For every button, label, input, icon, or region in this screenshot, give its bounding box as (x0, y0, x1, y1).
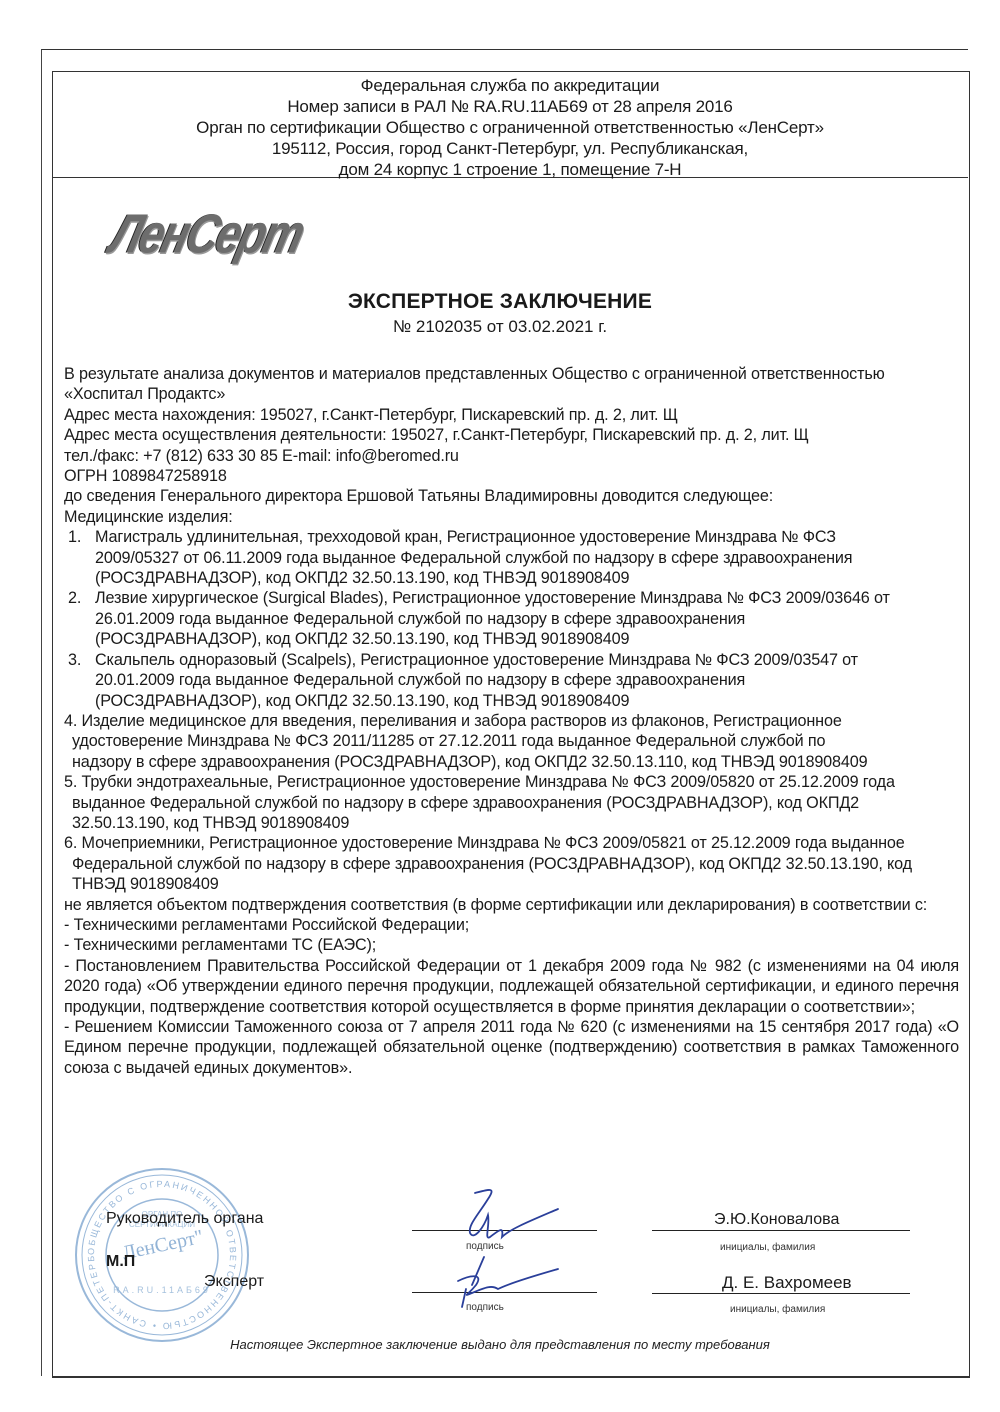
intro-line: В результате анализа документов и матери… (64, 364, 959, 405)
intro-line: тел./факс: +7 (812) 633 30 85 E-mail: in… (64, 446, 959, 466)
name-caption: инициалы, фамилия (730, 1304, 825, 1315)
intro-line: Адрес места осуществления деятельности: … (64, 425, 959, 445)
header-line: 195112, Россия, город Санкт-Петербург, у… (52, 138, 968, 159)
svg-text:RA.RU.11АБ69: RA.RU.11АБ69 (113, 1285, 211, 1295)
basis-item: - Техническими регламентами Российской Ф… (64, 915, 959, 935)
list-item: 3. Скальпель одноразовый (Scalpels), Рег… (64, 650, 959, 711)
list-item: 4. Изделие медицинское для введения, пер… (64, 711, 959, 772)
lencert-logo: ЛенСерт (104, 204, 309, 267)
intro-line: Медицинские изделия: (64, 507, 959, 527)
document-body: В результате анализа документов и матери… (64, 364, 959, 1078)
footer-note: Настоящее Экспертное заключение выдано д… (0, 1337, 1000, 1352)
lencert-seal-stamp: ОБЩЕСТВО С ОГРАНИЧЕННОЙ ОТВЕТСТВЕННОСТЬЮ… (72, 1165, 252, 1345)
header-line: Орган по сертификации Общество с огранич… (52, 117, 968, 138)
list-item-number: 2. (68, 588, 81, 608)
list-item-number: 1. (68, 527, 81, 547)
basis-item: - Постановлением Правительства Российско… (64, 956, 959, 1017)
header-line: дом 24 корпус 1 строение 1, помещение 7-… (52, 159, 968, 180)
basis-item: - Решением Комиссии Таможенного союза от… (64, 1017, 959, 1078)
list-item: 1. Магистраль удлинительная, трехходовой… (64, 527, 959, 588)
name-caption: инициалы, фамилия (720, 1242, 815, 1253)
list-item: 6. Мочеприемники, Регистрационное удосто… (64, 833, 959, 894)
expert-name-line (652, 1293, 910, 1294)
expert-label: Эксперт (204, 1273, 264, 1291)
intro-line: Адрес места нахождения: 195027, г.Санкт-… (64, 405, 959, 425)
head-name: Э.Ю.Коновалова (714, 1211, 839, 1229)
accreditation-header: Федеральная служба по аккредитации Номер… (52, 75, 968, 180)
list-item-number: 3. (68, 650, 81, 670)
product-list-numbered: 1. Магистраль удлинительная, трехходовой… (64, 527, 959, 711)
document-number: № 2102035 от 03.02.2021 г. (0, 317, 1000, 337)
list-item-text: Скальпель одноразовый (Scalpels), Регист… (95, 651, 858, 710)
conclusion-statement: не является объектом подтверждения соотв… (64, 895, 959, 915)
product-list-plain: 4. Изделие медицинское для введения, пер… (64, 711, 959, 895)
list-item-text: Магистраль удлинительная, трехходовой кр… (95, 528, 852, 587)
list-item: 2. Лезвие хирургическое (Surgical Blades… (64, 588, 959, 649)
intro-line: до сведения Генерального директора Ершов… (64, 486, 959, 506)
list-item-text: Лезвие хирургическое (Surgical Blades), … (95, 589, 890, 648)
list-item: 5. Трубки эндотрахеальные, Регистрационн… (64, 772, 959, 833)
head-name-line (652, 1230, 910, 1231)
handwritten-signature-icon (440, 1185, 580, 1315)
expert-name: Д. Е. Вахромеев (722, 1273, 852, 1293)
seal-place-label: М.П (106, 1253, 135, 1271)
document-title: ЭКСПЕРТНОЕ ЗАКЛЮЧЕНИЕ (0, 290, 1000, 314)
header-line: Номер записи в РАЛ № RA.RU.11АБ69 от 28 … (52, 96, 968, 117)
intro-line: ОГРН 1089847258918 (64, 466, 959, 486)
header-line: Федеральная служба по аккредитации (52, 75, 968, 96)
head-of-body-label: Руководитель органа (106, 1210, 263, 1228)
basis-item: - Техническими регламентами ТС (ЕАЭС); (64, 935, 959, 955)
